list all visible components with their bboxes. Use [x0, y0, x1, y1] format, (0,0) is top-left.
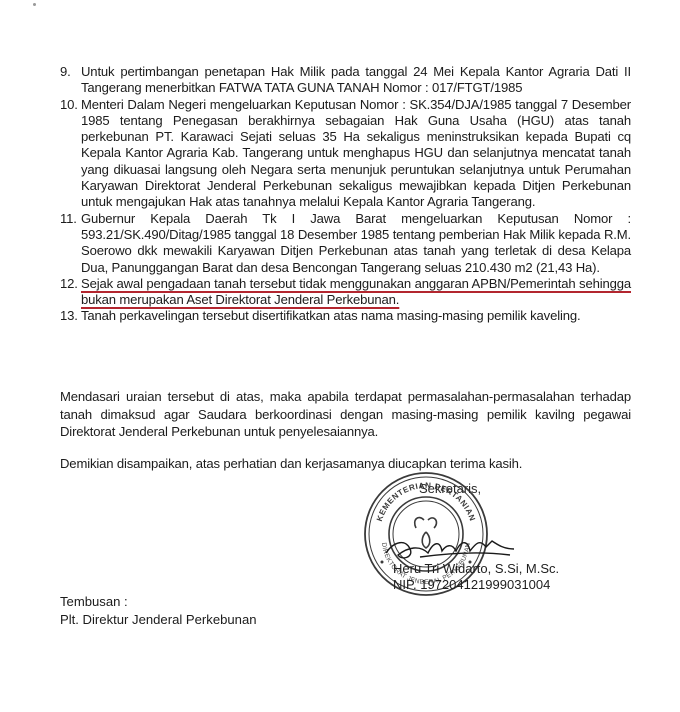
list-item-12: 12. Sejak awal pengadaan tanah tersebut … — [60, 276, 631, 309]
copy-to-label: Tembusan : — [60, 593, 257, 611]
signatory-title: Sekretaris, — [419, 481, 481, 496]
list-item-11: 11. Gubernur Kepala Daerah Tk I Jawa Bar… — [60, 211, 631, 276]
signatory-name: Heru Tri Widarto, S.Si, M.Sc. — [393, 561, 559, 576]
list-item-10: 10. Menteri Dalam Negeri mengeluarkan Ke… — [60, 97, 631, 211]
list-item-13: 13. Tanah perkavelingan tersebut diserti… — [60, 308, 631, 324]
scan-artifact — [33, 3, 36, 6]
copy-to-recipient: Plt. Direktur Jenderal Perkebunan — [60, 611, 257, 629]
item-number: 13. — [60, 308, 81, 324]
list-item-9: 9. Untuk pertimbangan penetapan Hak Mili… — [60, 64, 631, 97]
item-text: Untuk pertimbangan penetapan Hak Milik p… — [81, 64, 631, 97]
signatory-nip: NIP. 197204121999031004 — [393, 577, 550, 592]
red-underline-text: Sejak awal pengadaan tanah tersebut tida… — [81, 276, 631, 307]
copy-to-block: Tembusan : Plt. Direktur Jenderal Perkeb… — [60, 593, 257, 628]
item-text: Tanah perkavelingan tersebut disertifika… — [81, 308, 631, 324]
item-number: 11. — [60, 211, 81, 276]
numbered-list: 9. Untuk pertimbangan penetapan Hak Mili… — [60, 64, 631, 325]
item-number: 9. — [60, 64, 81, 97]
item-number: 10. — [60, 97, 81, 211]
item-text: Gubernur Kepala Daerah Tk I Jawa Barat m… — [81, 211, 631, 276]
closing-paragraph: Mendasari uraian tersebut di atas, maka … — [60, 388, 631, 441]
item-number: 12. — [60, 276, 81, 309]
thanks-paragraph: Demikian disampaikan, atas perhatian dan… — [60, 455, 631, 473]
item-text: Menteri Dalam Negeri mengeluarkan Keputu… — [81, 97, 631, 211]
item-text-highlighted: Sejak awal pengadaan tanah tersebut tida… — [81, 276, 631, 309]
document-page: 9. Untuk pertimbangan penetapan Hak Mili… — [0, 0, 680, 712]
